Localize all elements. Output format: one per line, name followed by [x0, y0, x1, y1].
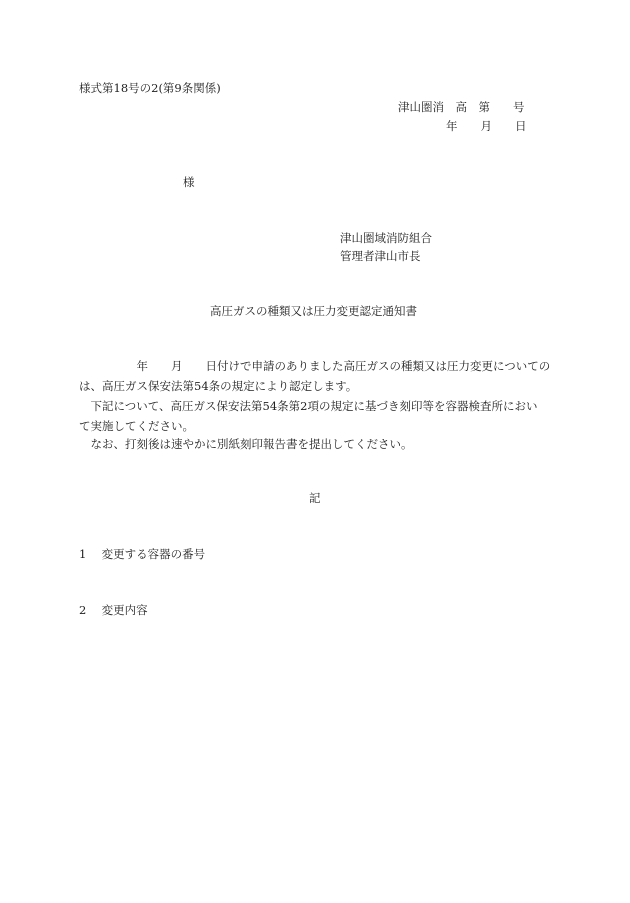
item-label: 変更する容器の番号 [102, 547, 206, 561]
issuer-title: 管理者津山市長 [340, 249, 421, 263]
body-line-2: は、高圧ガス保安法第54条の規定により認定します。 [79, 376, 559, 396]
body-line-1: 年 月 日付けで申請のありました高圧ガスの種類又は圧力変更についての [79, 356, 559, 376]
ki-label: 記 [309, 491, 321, 505]
body-line-3: 下記について、高圧ガス保安法第54条第2項の規定に基づき刻印等を容器検査所におい [79, 396, 559, 416]
item-1: 1 変更する容器の番号 [79, 547, 205, 561]
document-title: 高圧ガスの種類又は圧力変更認定通知書 [210, 304, 417, 318]
item-2: 2 変更内容 [79, 603, 148, 617]
item-number: 2 [79, 603, 86, 617]
item-number: 1 [79, 547, 86, 561]
form-number: 様式第18号の2(第9条関係) [79, 81, 221, 95]
addressee-suffix: 様 [183, 175, 195, 189]
date-line: 年 月 日 [446, 119, 527, 133]
issuer-organization: 津山圏域消防組合 [340, 231, 432, 245]
body-line-5: なお、打刻後は速やかに別紙刻印報告書を提出してください。 [79, 434, 559, 454]
reference-number: 津山圏消 高 第 号 [398, 100, 525, 114]
body-line-4: て実施してください。 [79, 416, 559, 436]
item-label: 変更内容 [102, 603, 148, 617]
